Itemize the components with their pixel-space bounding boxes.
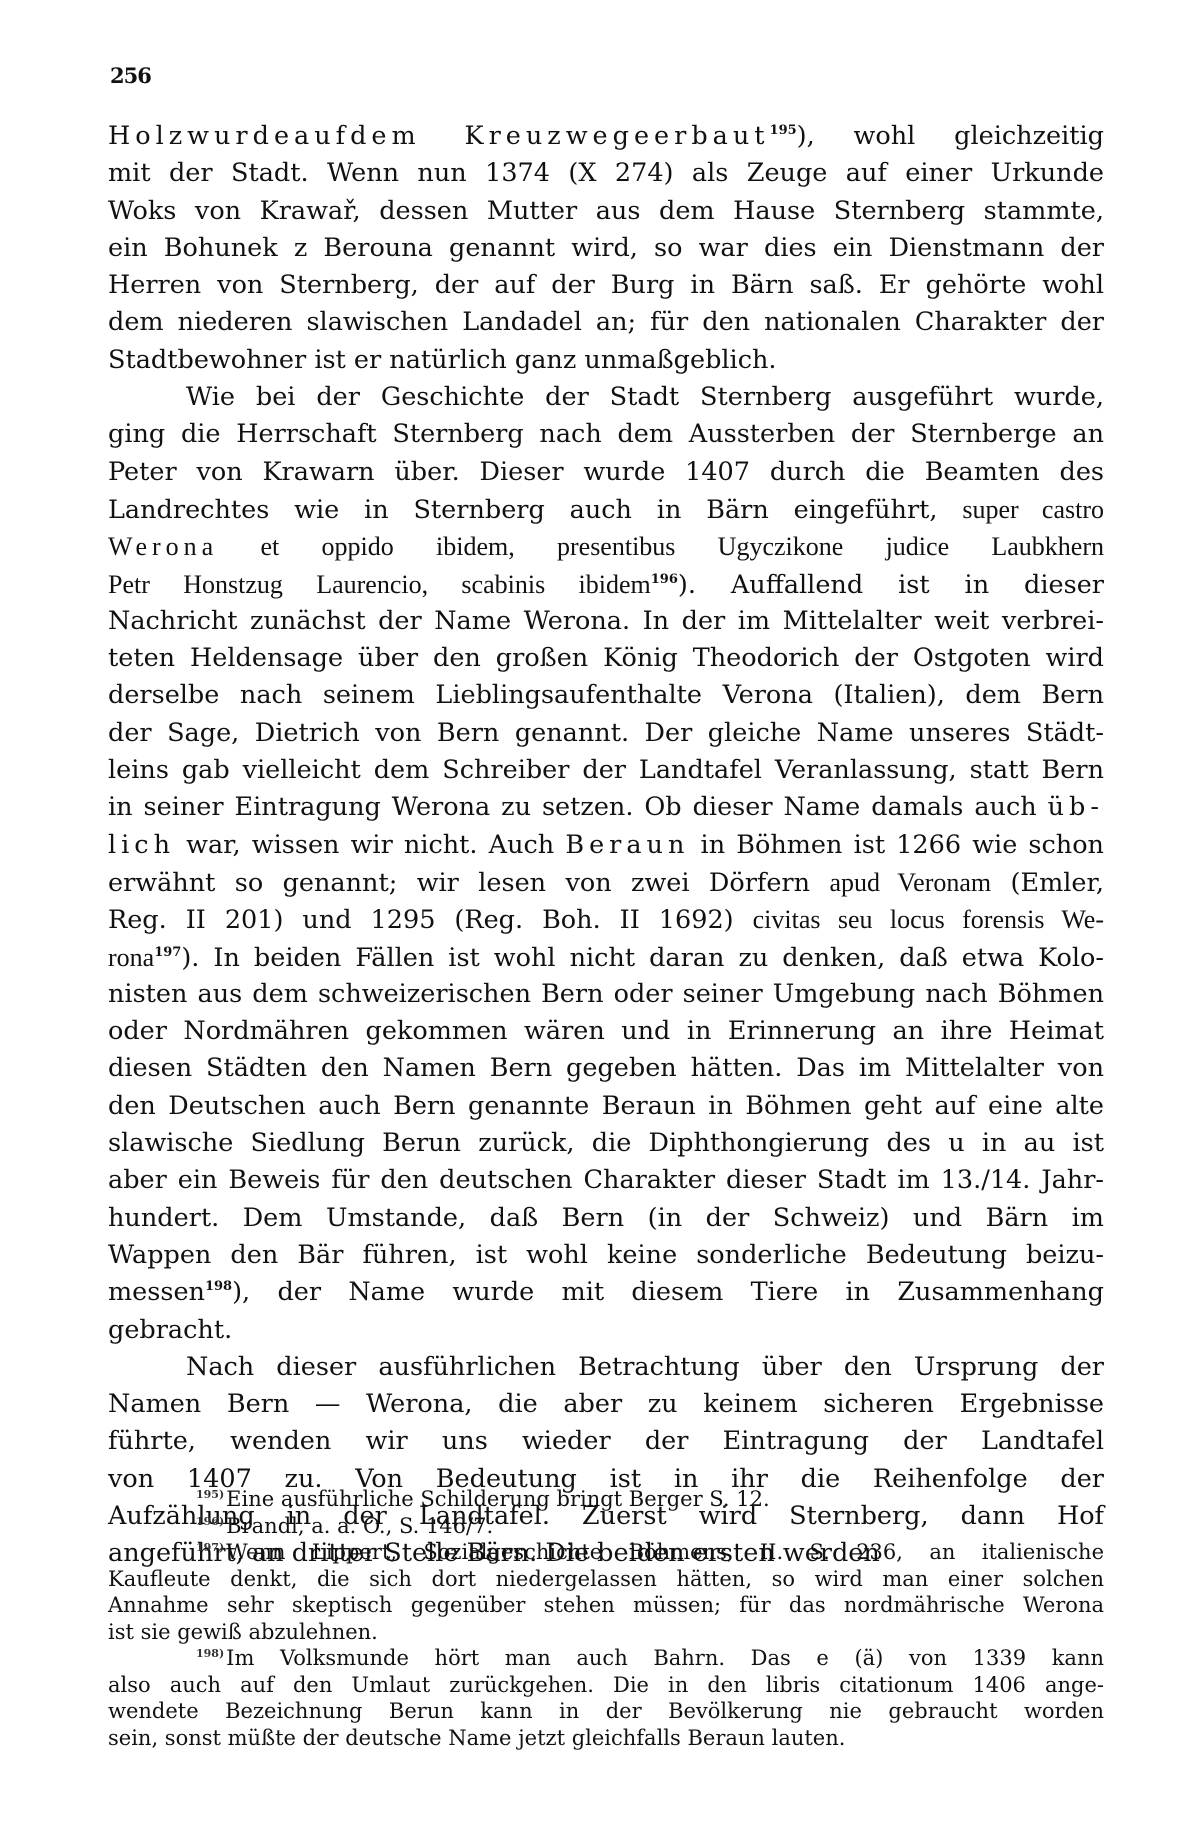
text-run: dem niederen slawischen Landadel an; für… — [108, 307, 1104, 337]
text-line: der Sage, Dietrich von Bern genannt. Der… — [108, 715, 1104, 752]
footnote-text: sein, sonst müßte der deutsche Name jetz… — [108, 1726, 845, 1750]
text-run: ), der Name wurde mit diesem Tiere in Zu… — [232, 1277, 1104, 1307]
footnote-number: 195) — [196, 1488, 224, 1501]
footnote-line: Annahme sehr skeptisch gegenüber stehen … — [108, 1592, 1104, 1619]
text-line: messen198), der Name wurde mit diesem Ti… — [108, 1274, 1104, 1311]
text-line: lich war, wissen wir nicht. Auch Beraun … — [108, 827, 1104, 864]
footnote-line: 198)Im Volksmunde hört man auch Bahrn. D… — [108, 1645, 1104, 1672]
text-run: oder Nordmähren gekommen wären und in Er… — [108, 1016, 1104, 1046]
text-line: führte, wenden wir uns wieder der Eintra… — [108, 1423, 1104, 1460]
footnote-line: 195)Eine ausführliche Schilderung bringt… — [108, 1486, 1104, 1513]
text-line: Wie bei der Geschichte der Stadt Sternbe… — [108, 379, 1104, 416]
text-run: apud Veronam — [829, 868, 991, 897]
footnote-text: ist sie gewiß abzulehnen. — [108, 1620, 378, 1644]
text-run: ). Auffallend ist in dieser — [678, 570, 1104, 600]
text-line: Stadtbewohner ist er natürlich ganz unma… — [108, 342, 1104, 379]
text-run: führte, wenden wir uns wieder der Eintra… — [108, 1426, 1104, 1456]
text-run: ein Bohunek z Berouna genannt wird, so w… — [108, 233, 1104, 263]
text-run: super castro — [962, 495, 1104, 524]
text-run: rona — [108, 943, 154, 972]
footnote-text: Im Volksmunde hört man auch Bahrn. Das e… — [226, 1646, 1104, 1670]
footnote-line: wendete Bezeichnung Berun kann in der Be… — [108, 1698, 1104, 1725]
footnote-reference: 197 — [154, 945, 181, 960]
footnote-reference: 195 — [770, 123, 797, 138]
text-run: nisten aus dem schweizerischen Bern oder… — [108, 979, 1104, 1009]
footnote-line: 196)Brandl, a. a. O., S. 146/7. — [108, 1513, 1104, 1540]
text-line: in seiner Eintragung Werona zu setzen. O… — [108, 789, 1104, 826]
footnote-number: 198) — [196, 1647, 224, 1660]
footnote-line: also auch auf den Umlaut zurückgehen. Di… — [108, 1672, 1104, 1699]
text-line: Wappen den Bär führen, ist wohl keine so… — [108, 1237, 1104, 1274]
text-run: Landrechtes wie in Sternberg auch in Bär… — [108, 495, 962, 525]
text-line: ging die Herrschaft Sternberg nach dem A… — [108, 416, 1104, 453]
text-run: et oppido ibidem, presentibus Ugyczikone… — [218, 532, 1104, 561]
footnote-text: Brandl, a. a. O., S. 146/7. — [226, 1514, 493, 1538]
text-run: teten Heldensage über den großen König T… — [108, 643, 1104, 673]
text-line: derselbe nach seinem Lieblingsaufenthalt… — [108, 677, 1104, 714]
text-run: derselbe nach seinem Lieblingsaufenthalt… — [108, 680, 1104, 710]
text-line: leins gab vielleicht dem Schreiber der L… — [108, 752, 1104, 789]
footnote-number: 196) — [196, 1515, 224, 1528]
footnote-text: also auch auf den Umlaut zurückgehen. Di… — [108, 1673, 1104, 1697]
text-run: diesen Städten den Namen Bern gegeben hä… — [108, 1053, 1104, 1083]
text-run: Werona — [108, 532, 218, 561]
text-run: ging die Herrschaft Sternberg nach dem A… — [108, 419, 1104, 449]
text-run: ), wohl gleichzeitig — [797, 121, 1104, 151]
footnote-text: wendete Bezeichnung Berun kann in der Be… — [108, 1699, 1104, 1723]
footnote-text: Wenn Lippert, Sozialgeschichte Böhmens, … — [226, 1540, 1104, 1564]
text-run: war, wissen wir nicht. Auch — [175, 830, 565, 860]
text-line: ein Bohunek z Berouna genannt wird, so w… — [108, 230, 1104, 267]
text-run: üb- — [1048, 792, 1104, 822]
text-run: Reg. II 201) und 1295 (Reg. Boh. II 1692… — [108, 905, 753, 935]
text-line: nisten aus dem schweizerischen Bern oder… — [108, 976, 1104, 1013]
text-run: Nachricht zunächst der Name Werona. In d… — [108, 606, 1104, 636]
text-line: diesen Städten den Namen Bern gegeben hä… — [108, 1050, 1104, 1087]
text-run: Woks von Krawař, dessen Mutter aus dem H… — [108, 196, 1104, 226]
footnote-reference: 196 — [651, 572, 678, 587]
body-text: Holzwurdeaufdem Kreuzwegeerbaut195), woh… — [108, 118, 1104, 1573]
page-number: 256 — [110, 63, 151, 88]
text-run: Stadtbewohner ist er natürlich ganz unma… — [108, 345, 777, 375]
text-run: erwähnt so genannt; wir lesen von zwei D… — [108, 868, 829, 898]
text-run: Peter von Krawarn über. Dieser wurde 140… — [108, 457, 1104, 487]
footnote-text: Kaufleute denkt, die sich dort niedergel… — [108, 1567, 1104, 1591]
footnote-line: 197)Wenn Lippert, Sozialgeschichte Böhme… — [108, 1539, 1104, 1566]
text-run: Herren von Sternberg, der auf der Burg i… — [108, 270, 1104, 300]
text-line: Peter von Krawarn über. Dieser wurde 140… — [108, 454, 1104, 491]
text-run: ). In beiden Fällen ist wohl nicht daran… — [181, 943, 1104, 973]
text-run: leins gab vielleicht dem Schreiber der L… — [108, 755, 1104, 785]
text-run: in Böhmen ist 1266 wie schon — [689, 830, 1104, 860]
text-run: lich — [108, 830, 175, 860]
text-run: der Sage, Dietrich von Bern genannt. Der… — [108, 718, 1104, 748]
text-line: oder Nordmähren gekommen wären und in Er… — [108, 1013, 1104, 1050]
text-run: den Deutschen auch Bern genannte Beraun … — [108, 1091, 1104, 1121]
text-run: Petr Honstzug Laurencio, scabinis ibidem — [108, 570, 651, 599]
text-line: gebracht. — [108, 1312, 1104, 1349]
text-run: mit der Stadt. Wenn nun 1374 (X 274) als… — [108, 158, 1104, 188]
text-line: dem niederen slawischen Landadel an; für… — [108, 304, 1104, 341]
text-run: Holzwurdeaufdem Kreuzwegeerbaut — [108, 121, 770, 151]
text-line: Reg. II 201) und 1295 (Reg. Boh. II 1692… — [108, 901, 1104, 938]
text-run: Wie bei der Geschichte der Stadt Sternbe… — [186, 382, 1104, 412]
text-run: slawische Siedlung Berun zurück, die Dip… — [108, 1128, 1104, 1158]
text-line: Nachricht zunächst der Name Werona. In d… — [108, 603, 1104, 640]
text-line: Werona et oppido ibidem, presentibus Ugy… — [108, 528, 1104, 565]
footnotes: 195)Eine ausführliche Schilderung bringt… — [108, 1486, 1104, 1751]
text-line: den Deutschen auch Bern genannte Beraun … — [108, 1088, 1104, 1125]
text-line: Landrechtes wie in Sternberg auch in Bär… — [108, 491, 1104, 528]
text-line: Namen Bern — Werona, die aber zu keinem … — [108, 1386, 1104, 1423]
text-line: Woks von Krawař, dessen Mutter aus dem H… — [108, 193, 1104, 230]
text-line: Holzwurdeaufdem Kreuzwegeerbaut195), woh… — [108, 118, 1104, 155]
text-run: Namen Bern — Werona, die aber zu keinem … — [108, 1389, 1104, 1419]
text-line: Nach dieser ausführlichen Betrachtung üb… — [108, 1349, 1104, 1386]
text-line: teten Heldensage über den großen König T… — [108, 640, 1104, 677]
text-run: gebracht. — [108, 1315, 232, 1345]
text-run: in seiner Eintragung Werona zu setzen. O… — [108, 792, 1048, 822]
footnote-line: Kaufleute denkt, die sich dort niedergel… — [108, 1566, 1104, 1593]
text-line: aber ein Beweis für den deutschen Charak… — [108, 1162, 1104, 1199]
text-run: Wappen den Bär führen, ist wohl keine so… — [108, 1240, 1104, 1270]
text-line: erwähnt so genannt; wir lesen von zwei D… — [108, 864, 1104, 901]
text-line: mit der Stadt. Wenn nun 1374 (X 274) als… — [108, 155, 1104, 192]
text-line: hundert. Dem Umstande, daß Bern (in der … — [108, 1200, 1104, 1237]
text-run: aber ein Beweis für den deutschen Charak… — [108, 1165, 1104, 1195]
text-run: (Emler, — [991, 868, 1104, 898]
footnote-text: Eine ausführliche Schilderung bringt Ber… — [226, 1487, 770, 1511]
text-line: rona197). In beiden Fällen ist wohl nich… — [108, 939, 1104, 976]
text-line: slawische Siedlung Berun zurück, die Dip… — [108, 1125, 1104, 1162]
text-run: Nach dieser ausführlichen Betrachtung üb… — [186, 1352, 1104, 1382]
text-line: Petr Honstzug Laurencio, scabinis ibidem… — [108, 566, 1104, 603]
footnote-line: sein, sonst müßte der deutsche Name jetz… — [108, 1725, 1104, 1752]
text-run: hundert. Dem Umstande, daß Bern (in der … — [108, 1203, 1104, 1233]
footnote-number: 197) — [196, 1541, 224, 1554]
footnote-line: ist sie gewiß abzulehnen. — [108, 1619, 1104, 1646]
text-run: civitas seu locus forensis We- — [753, 905, 1104, 934]
text-line: Herren von Sternberg, der auf der Burg i… — [108, 267, 1104, 304]
footnote-reference: 198 — [205, 1279, 232, 1294]
text-run: Beraun — [565, 830, 689, 860]
text-run: messen — [108, 1277, 205, 1307]
footnote-text: Annahme sehr skeptisch gegenüber stehen … — [108, 1593, 1104, 1617]
